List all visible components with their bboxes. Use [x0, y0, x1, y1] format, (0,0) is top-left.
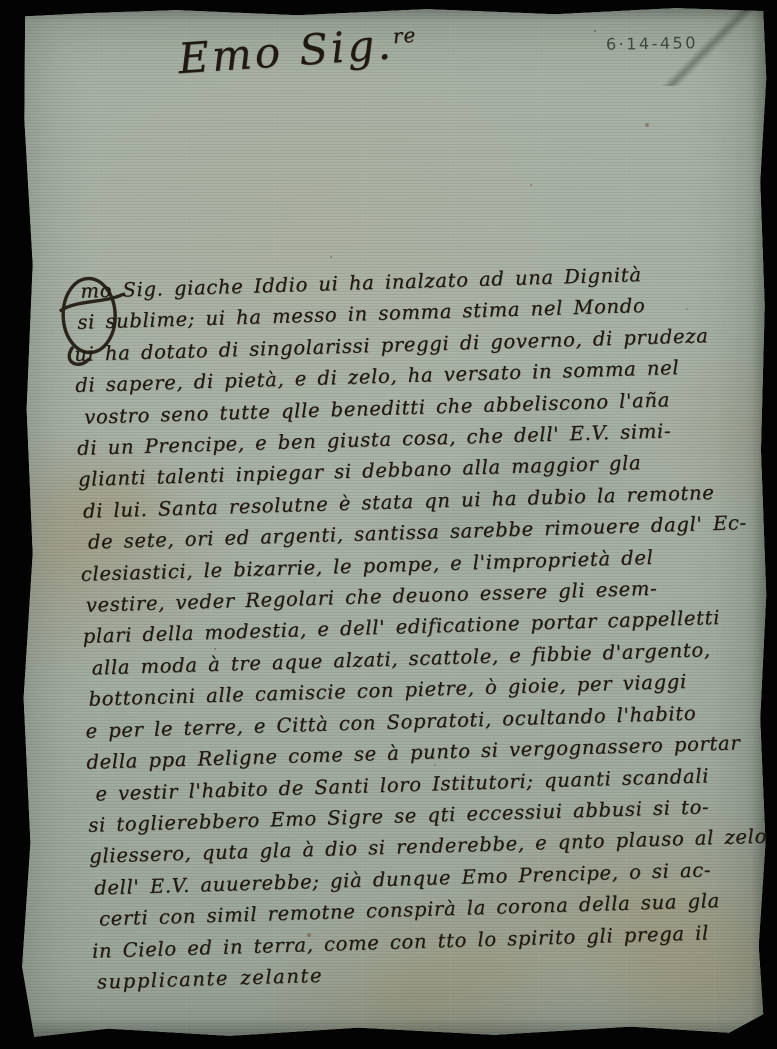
- salutation-superscript: re: [392, 23, 417, 49]
- scan-background: 6·14-450 Emo Sig.re mo Sig. giache Iddio…: [0, 0, 777, 1049]
- letter-body: mo Sig. giache Iddio ui ha inalzato ad u…: [72, 256, 769, 998]
- salutation-text: Emo Sig.: [177, 19, 395, 83]
- letter-salutation: Emo Sig.re: [177, 18, 419, 84]
- archival-number: 6·14-450: [606, 33, 698, 54]
- manuscript-page: 6·14-450 Emo Sig.re mo Sig. giache Iddio…: [10, 6, 767, 1039]
- foxing-specks: [10, 6, 12, 8]
